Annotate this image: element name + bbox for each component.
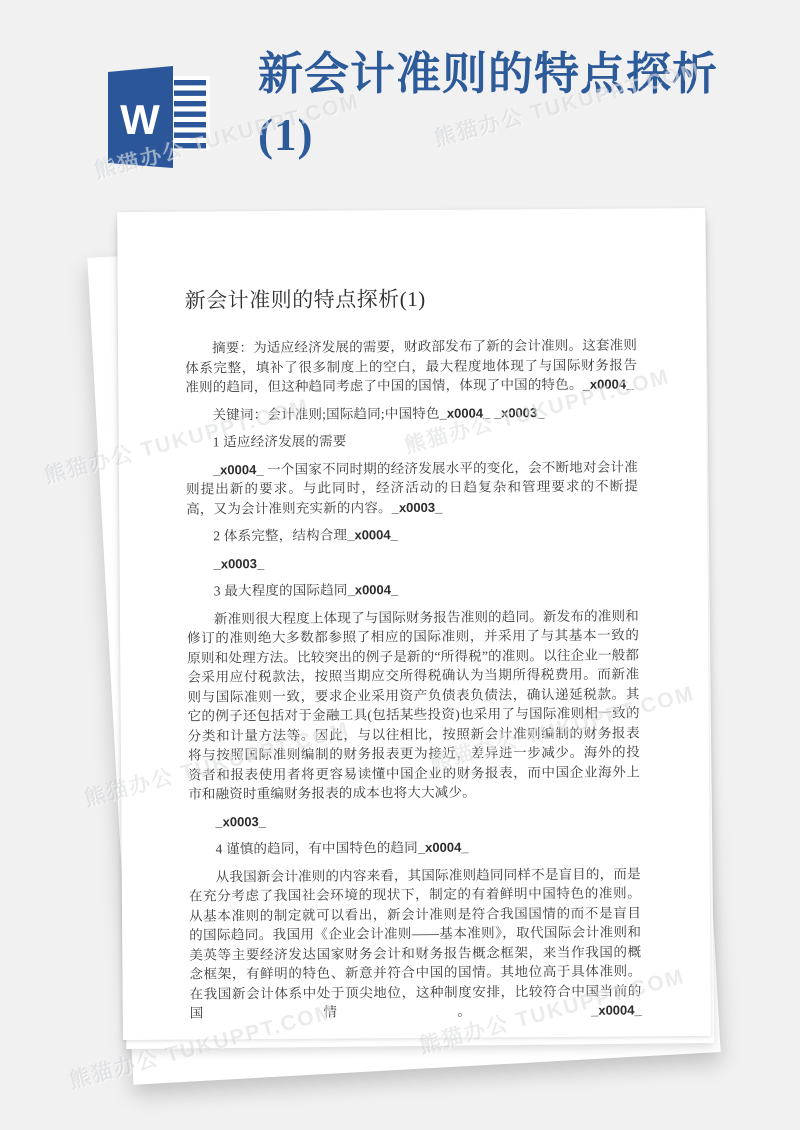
page-title-line2: (1) xyxy=(258,105,728,166)
control-char-token: _x0004_ xyxy=(418,840,469,855)
word-file-icon: W xyxy=(108,66,210,170)
doc-paragraph: 新准则很大程度上体现了与国际财务报告准则的趋同。新发布的准则和修订的准则绝大多数… xyxy=(187,606,640,804)
text-run: 摘要：为适应经济发展的需要，财政部发布了新的会计准则。这套准则体系完整，填补了很… xyxy=(185,337,637,394)
document-body: 摘要：为适应经济发展的需要，财政部发布了新的会计准则。这套准则体系完整，填补了很… xyxy=(185,335,642,1023)
control-char-token: _x0003_ xyxy=(214,556,265,571)
document-page: 新会计准则的特点探析(1) 摘要：为适应经济发展的需要，财政部发布了新的会计准则… xyxy=(117,208,711,1040)
text-run: 新准则很大程度上体现了与国际财务报告准则的趋同。新发布的准则和修订的准则绝大多数… xyxy=(187,608,640,802)
text-run: 关键词：会计准则;国际趋同;中国特色 xyxy=(212,405,439,422)
text-run: 从我国新会计准则的内容来看，其国际准则趋同同样不是盲目的，而是在充分考虑了我国社… xyxy=(189,866,642,1021)
text-run: 1 适应经济发展的需要 xyxy=(213,433,347,449)
text-run: 4 谨慎的趋同，有中国特色的趋同 xyxy=(216,840,418,856)
control-char-token: _x0004_ xyxy=(213,462,264,477)
doc-paragraph: _x0003_ xyxy=(187,551,639,574)
control-char-token: _x0004_ xyxy=(440,405,491,420)
text-run: 3 最大程度的国际趋同 xyxy=(214,582,348,598)
control-char-token: _x0004_ xyxy=(347,527,398,542)
control-char-token: _x0004_ xyxy=(591,1002,642,1017)
doc-paragraph: 关键词：会计准则;国际趋同;中国特色_x0004_ _x0003_ xyxy=(185,402,637,425)
doc-paragraph: 2 体系完整，结构合理_x0004_ xyxy=(186,523,638,546)
control-char-token: _x0003_ xyxy=(494,405,545,420)
text-run: 2 体系完整，结构合理 xyxy=(213,527,347,543)
document-heading: 新会计准则的特点探析(1) xyxy=(185,281,637,314)
control-char-token: _x0004_ xyxy=(348,582,399,597)
page-title: 新会计准则的特点探析 (1) xyxy=(258,44,728,166)
control-char-token: _x0004_ xyxy=(583,376,634,391)
doc-paragraph: _x0004_ 一个国家不同时期的经济发展水平的变化，会不断地对会计准则提出新的… xyxy=(186,457,638,519)
control-char-token: _x0003_ xyxy=(392,499,443,514)
preview-header: W 新会计准则的特点探析 (1) xyxy=(0,0,800,200)
control-char-token: _x0003_ xyxy=(215,814,266,829)
doc-paragraph: 从我国新会计准则的内容来看，其国际准则趋同同样不是盲目的，而是在充分考虑了我国社… xyxy=(189,864,642,1023)
page-title-line1: 新会计准则的特点探析 xyxy=(258,44,728,105)
doc-paragraph: _x0003_ xyxy=(188,809,640,832)
doc-paragraph: 3 最大程度的国际趋同_x0004_ xyxy=(187,578,639,601)
doc-paragraph: 1 适应经济发展的需要 xyxy=(186,429,638,452)
document-preview-page: { "header": { "icon": "word-icon", "titl… xyxy=(0,0,800,1130)
doc-paragraph: 4 谨慎的趋同，有中国特色的趋同_x0004_ xyxy=(188,836,640,859)
doc-paragraph: 摘要：为适应经济发展的需要，财政部发布了新的会计准则。这套准则体系完整，填补了很… xyxy=(185,335,637,397)
word-icon-w-letter: W xyxy=(120,96,160,143)
